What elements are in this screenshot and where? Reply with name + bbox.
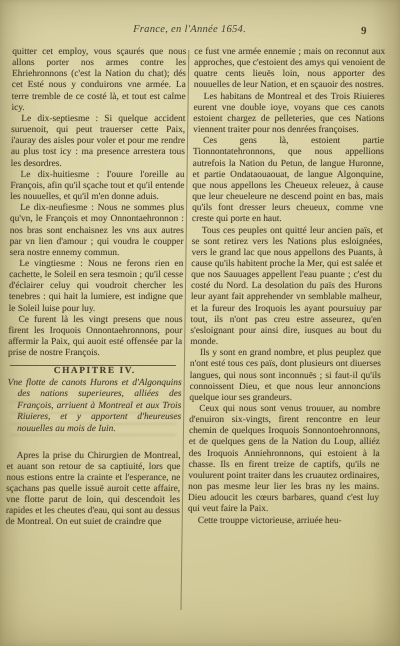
running-title: France, en l'Année 1654. [55, 24, 325, 35]
page-number: 9 [361, 25, 367, 37]
paragraph: Le dix-neufiesme : Nous ne sommes plus q… [9, 203, 184, 259]
page-content: France, en l'Année 1654. 9 quitter cet e… [0, 0, 400, 646]
scanned-book-page: France, en l'Année 1654. 9 quitter cet e… [0, 0, 400, 646]
paragraph: Tous ces peuples ont quitté leur ancien … [190, 226, 383, 349]
paragraph: Le vingtiesme : Nous ne ferons rien en c… [9, 259, 184, 315]
chapter-heading: CHAPITRE IV. [8, 366, 182, 377]
paragraph: quitter cet employ, vous sçaurés que nou… [11, 47, 186, 114]
paragraph: ce fust vne armée ennemie ; mais on reco… [194, 47, 386, 92]
chapter-summary: Vne flotte de canots Hurons et d'Algonqu… [7, 378, 182, 436]
paragraph: Les habitans de Montreal et des Trois Ri… [193, 92, 385, 137]
paragraph: Ils y sont en grand nombre, et plus peup… [189, 348, 381, 404]
paragraph: Ces gens là, estoient partie Tionnontate… [192, 136, 384, 225]
paragraph: Cette trouppe victorieuse, arriuée heu- [188, 516, 379, 527]
paragraph: Apres la prise du Chirurgien de Montreal… [6, 451, 181, 529]
left-column: quitter cet employ, vous sçaurés que nou… [6, 47, 187, 529]
page-header: France, en l'Année 1654. 9 [0, 24, 400, 40]
paragraph: Ceux qui nous sont venus trouuer, au nom… [188, 404, 381, 516]
paragraph: Ce furent là les vingt presens que nous … [8, 315, 183, 360]
paragraph: Le dix-septiesme : Si quelque accident s… [11, 114, 186, 170]
paragraph: Le dix-huitiesme : I'ouure l'oreille au … [10, 170, 184, 203]
right-column: ce fust vne armée ennemie ; mais on reco… [188, 47, 386, 527]
